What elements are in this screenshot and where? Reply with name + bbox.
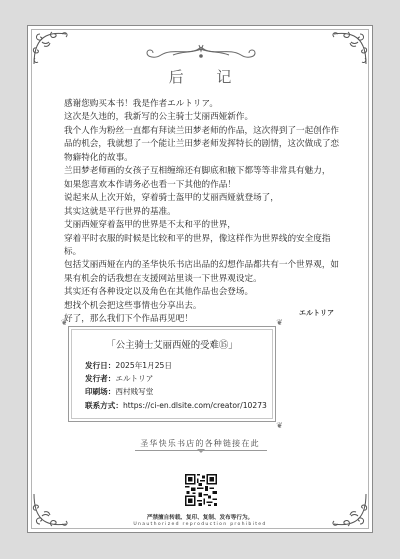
colophon-row-date: 发行日：2025年1月25日: [85, 359, 267, 372]
row-value: 2025年1月25日: [115, 361, 172, 370]
curl-ornament-icon: ❦: [276, 318, 283, 327]
afterword-body: 感谢您购买本书！我是作者エルトリア。 这次是久违的，我新写的公主骑士艾丽西娅新作…: [64, 98, 344, 327]
copyright-notice-en: Unauthorized reproduction prohibited: [28, 522, 372, 527]
paragraph: 感谢您购买本书！我是作者エルトリア。: [64, 98, 344, 111]
qr-code-icon[interactable]: [185, 474, 217, 506]
curl-ornament-icon: ❦: [61, 318, 68, 327]
title-flourish-icon: [143, 43, 259, 65]
corner-ornament-icon: [330, 28, 370, 68]
paragraph: 艾丽西娅穿着盔甲的世界是不太和平的世界，: [64, 219, 344, 232]
row-value: エルトリア: [115, 374, 153, 383]
curl-ornament-icon: ❦: [276, 421, 283, 430]
row-value: 西村贱写堂: [115, 387, 153, 396]
row-label: 联系方式：: [85, 401, 123, 410]
paragraph: 其实还有各种设定以及角色在其他作品也会登场。: [64, 286, 344, 299]
colophon-row-contact: 联系方式：https://ci-en.dlsite.com/creator/10…: [85, 399, 267, 412]
paragraph: 如果您喜欢本作请务必也看一下其他的作品！: [64, 179, 344, 192]
colophon-rows: 发行日：2025年1月25日 发行者：エルトリア 印刷场：西村贱写堂 联系方式：…: [85, 359, 267, 412]
corner-ornament-icon: [30, 28, 70, 68]
row-label: 发行日：: [85, 361, 115, 370]
paragraph: 说起来从上次开始，穿着骑士盔甲的艾丽西娅就登场了，: [64, 192, 344, 205]
book-title: 「公主骑士艾丽西娅的受难⑮」: [69, 337, 275, 351]
paragraph: 我个人作为粉丝一直都有拜读兰田梦老师的作品，这次得到了一起创作作品的机会，我就想…: [64, 125, 344, 165]
afterword-page: 后 记 感谢您购买本书！我是作者エルトリア。 这次是久违的，我新写的公主骑士艾丽…: [27, 25, 373, 533]
paragraph: 包括艾丽西娅在内的圣华快乐书店出品的幻想作品都共有一个世界观，如果有机会的话我想…: [64, 259, 344, 286]
paragraph: 兰田梦老师画的女孩子互相缠绵还有脚底和腋下都等等非常具有魅力，: [64, 165, 344, 178]
paragraph: 其实这就是平行世界的基准。: [64, 206, 344, 219]
colophon-row-printer: 印刷场：西村贱写堂: [85, 385, 267, 398]
contact-link[interactable]: https://ci-en.dlsite.com/creator/10273: [123, 401, 267, 410]
links-heading: 圣华快乐书店的各种链接在此: [28, 438, 372, 449]
page-title: 后 记: [28, 66, 372, 87]
colophon-box: ❦ ❦ ❦ 「公主骑士艾丽西娅的受难⑮」 发行日：2025年1月25日 发行者：…: [68, 326, 276, 422]
row-label: 发行者：: [85, 374, 115, 383]
paragraph: 穿着平时衣服的时候是比较和平的世界，像这样作为世界线的安全度指标。: [64, 233, 344, 260]
row-label: 印刷场：: [85, 387, 115, 396]
copyright-notice-cn: 严禁擅自转载、复印、复制、发布等行为。: [28, 513, 372, 521]
paragraph: 这次是久违的，我新写的公主骑士艾丽西娅新作。: [64, 111, 344, 124]
author-signature: エルトリア: [299, 308, 334, 318]
colophon-row-publisher: 发行者：エルトリア: [85, 372, 267, 385]
down-arrow-icon: [197, 449, 205, 453]
